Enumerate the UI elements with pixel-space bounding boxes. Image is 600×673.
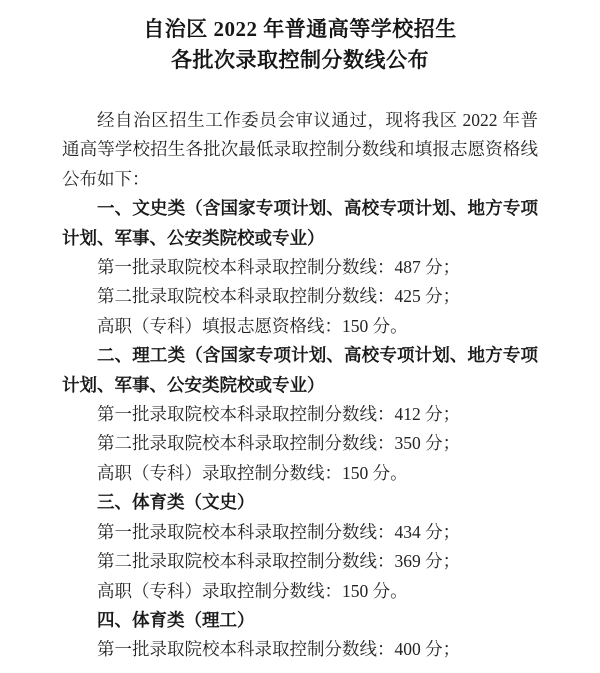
- notice-document: 自治区 2022 年普通高等学校招生 各批次录取控制分数线公布 经自治区招生工作…: [0, 0, 600, 673]
- intro-paragraph: 经自治区招生工作委员会审议通过，现将我区 2022 年普通高等学校招生各批次最低…: [62, 106, 538, 194]
- section-heading: 三、体育类（文史）: [62, 488, 538, 517]
- section-liberal-arts: 一、文史类（含国家专项计划、高校专项计划、地方专项计划、军事、公安类院校或专业）…: [62, 194, 538, 341]
- score-line: 第一批录取院校本科录取控制分数线：400 分；: [62, 635, 538, 664]
- section-science: 二、理工类（含国家专项计划、高校专项计划、地方专项计划、军事、公安类院校或专业）…: [62, 341, 538, 488]
- score-line: 高职（专科）录取控制分数线：150 分。: [62, 459, 538, 488]
- section-sports-liberal-arts: 三、体育类（文史） 第一批录取院校本科录取控制分数线：434 分； 第二批录取院…: [62, 488, 538, 606]
- score-line: 高职（专科）录取控制分数线：150 分。: [62, 577, 538, 606]
- score-line: 第一批录取院校本科录取控制分数线：487 分；: [62, 253, 538, 282]
- intro-block: 经自治区招生工作委员会审议通过，现将我区 2022 年普通高等学校招生各批次最低…: [62, 106, 538, 194]
- section-heading: 四、体育类（理工）: [62, 606, 538, 635]
- document-title: 自治区 2022 年普通高等学校招生 各批次录取控制分数线公布: [62, 14, 538, 76]
- score-line: 第二批录取院校本科录取控制分数线：350 分；: [62, 429, 538, 458]
- section-heading: 一、文史类（含国家专项计划、高校专项计划、地方专项计划、军事、公安类院校或专业）: [62, 194, 538, 253]
- score-line: 第一批录取院校本科录取控制分数线：434 分；: [62, 518, 538, 547]
- score-line: 第二批录取院校本科录取控制分数线：425 分；: [62, 282, 538, 311]
- document-title-line-1: 自治区 2022 年普通高等学校招生: [62, 14, 538, 45]
- score-line: 第二批录取院校本科录取控制分数线：369 分；: [62, 547, 538, 576]
- section-sports-science: 四、体育类（理工） 第一批录取院校本科录取控制分数线：400 分；: [62, 606, 538, 665]
- document-title-line-2: 各批次录取控制分数线公布: [62, 45, 538, 76]
- score-line: 高职（专科）填报志愿资格线：150 分。: [62, 312, 538, 341]
- score-line: 第一批录取院校本科录取控制分数线：412 分；: [62, 400, 538, 429]
- section-heading: 二、理工类（含国家专项计划、高校专项计划、地方专项计划、军事、公安类院校或专业）: [62, 341, 538, 400]
